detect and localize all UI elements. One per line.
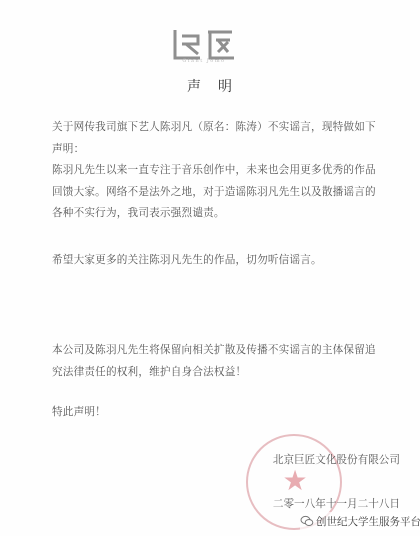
title-char: 声	[187, 76, 202, 96]
company-logo	[172, 28, 236, 60]
signature-company: 北京巨匠文化股份有限公司	[220, 452, 400, 467]
paragraph-body: 陈羽凡先生以来一直专注于音乐创作中，未来也会用更多优秀的作品回馈大家。网络不是法…	[52, 160, 382, 225]
statement-page: Giant Jomo 声明 关于网传我司旗下艺人陈羽凡（原名：陈涛）不实谣言，现…	[0, 0, 420, 536]
paragraph-intro: 关于网传我司旗下艺人陈羽凡（原名：陈涛）不实谣言，现特做如下声明：	[52, 117, 382, 160]
page-title: 声明	[0, 76, 420, 96]
wechat-icon	[300, 514, 314, 528]
watermark: 创世纪大学生服务平台	[300, 512, 420, 530]
paragraph-legal: 本公司及陈羽凡先生将保留向相关扩散及传播不实谣言的主体保留追究法律责任的权利，维…	[52, 340, 382, 383]
paragraph-closing: 特此声明！	[52, 402, 382, 424]
paragraph-appeal: 希望大家更多的关注陈羽凡先生的作品，切勿听信谣言。	[52, 250, 382, 272]
logo-subtitle: Giant Jomo	[174, 58, 234, 64]
title-char: 明	[218, 76, 233, 96]
watermark-text: 创世纪大学生服务平台	[316, 514, 420, 529]
signature-date: 二零一八年十一月二十八日	[220, 496, 400, 511]
seal-star-icon: ★	[280, 466, 310, 496]
